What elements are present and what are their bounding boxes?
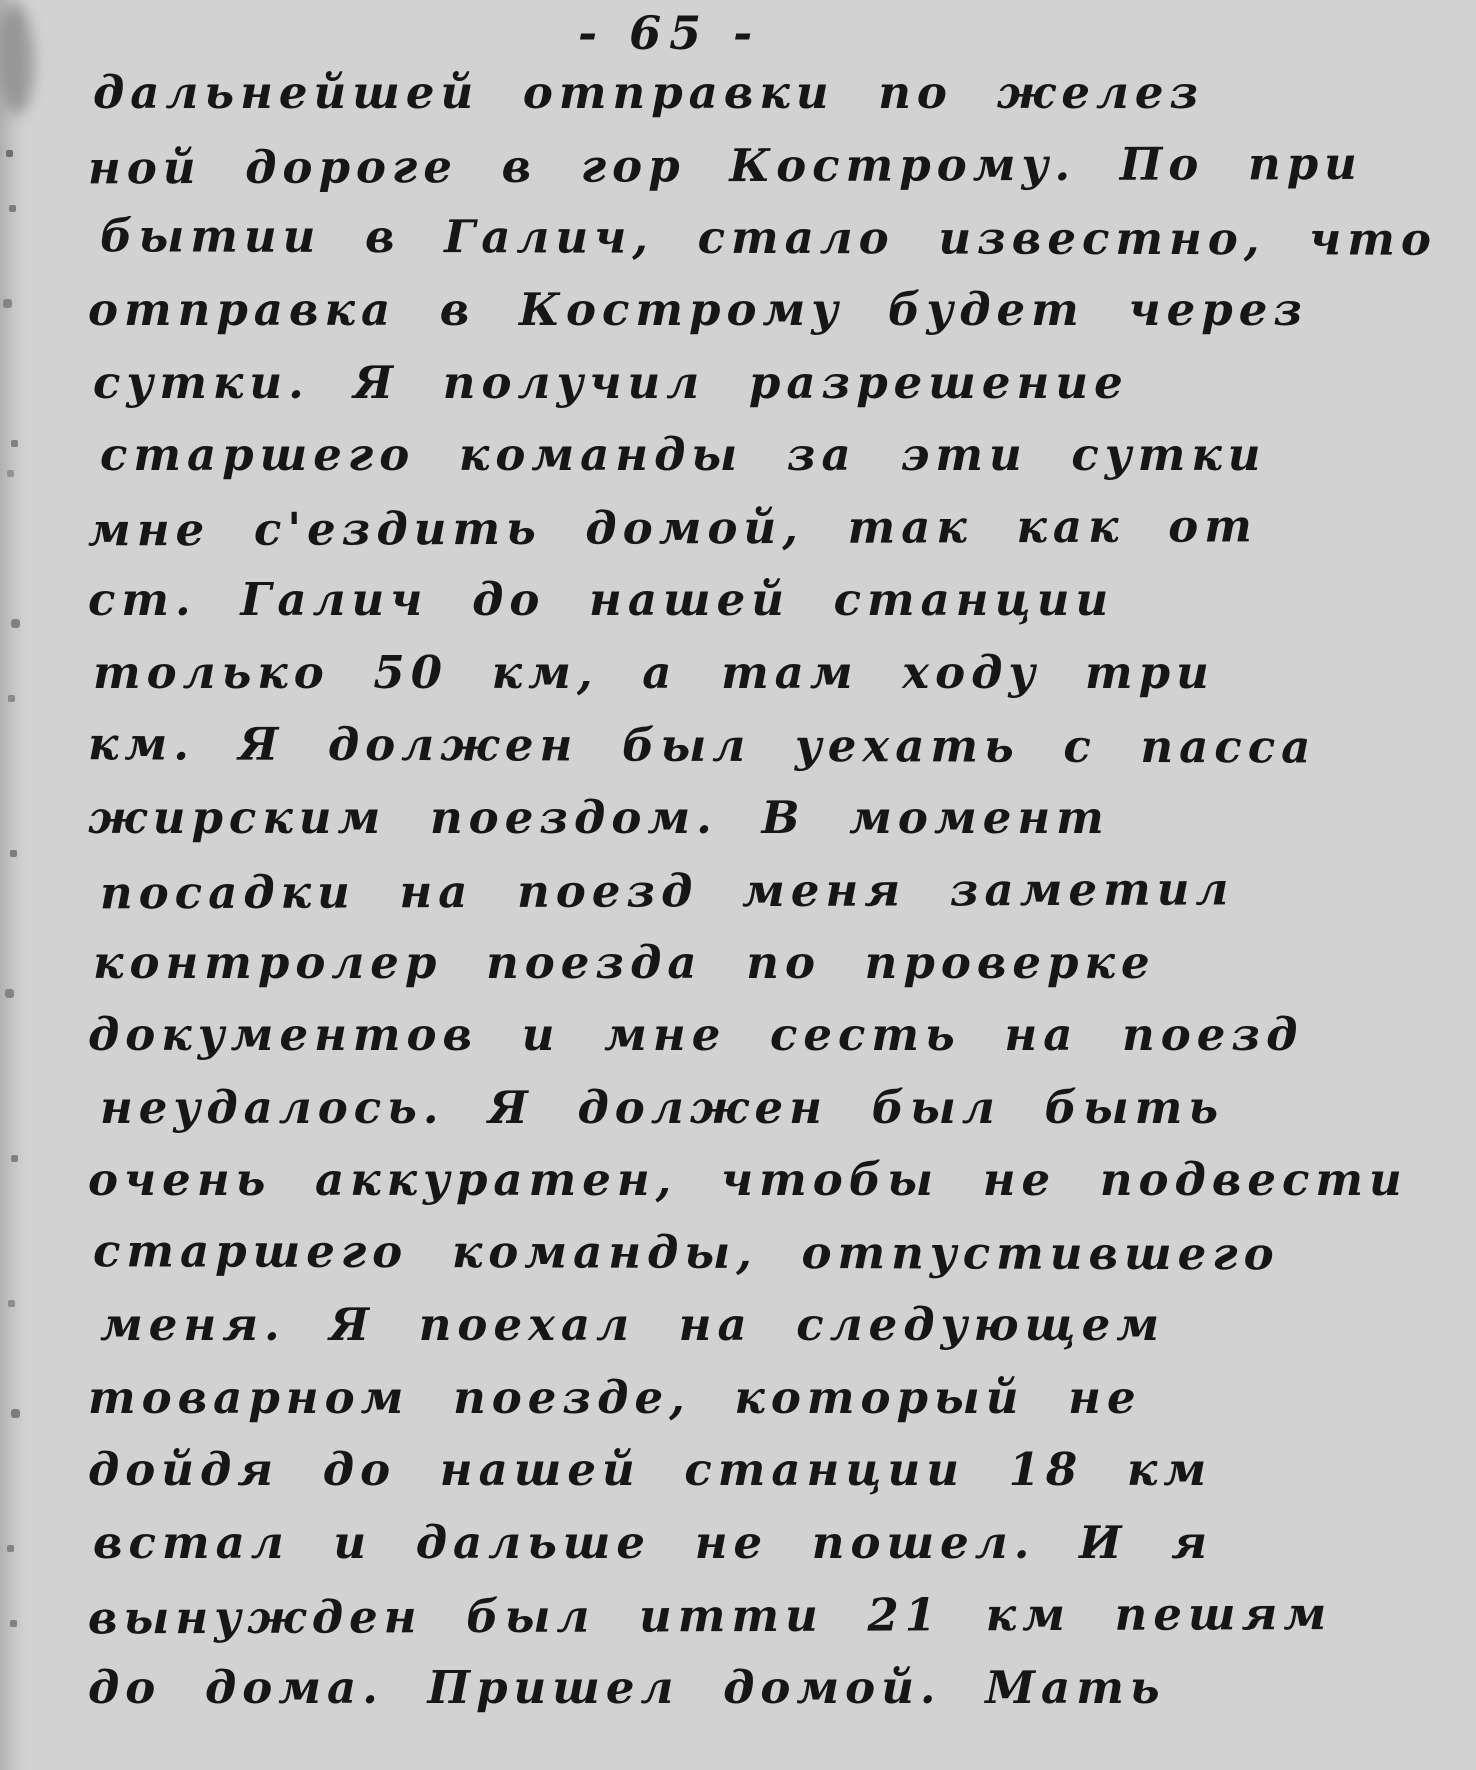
manuscript-page: - 65 - дальнейшей отправки по железной д… [0, 0, 1476, 1770]
handwritten-line: товарном поезде, который не [88, 1361, 1446, 1434]
handwritten-line: сутки. Я получил разрешение [88, 346, 1446, 419]
handwritten-line: мне с'ездить домой, так как от [88, 489, 1446, 566]
handwritten-line: до дома. Пришел домой. Мать [88, 1651, 1446, 1724]
scan-smudge-artifact [0, 4, 34, 114]
handwritten-text-block: дальнейшей отправки по железной дороге в… [88, 56, 1446, 1724]
handwritten-line: посадки на поезд меня заметил [88, 851, 1446, 928]
handwritten-line: км. Я должен был уехать с пасса [88, 707, 1446, 783]
handwritten-line: дойдя до нашей станции 18 км [88, 1434, 1446, 1507]
handwritten-line: старшего команды, отпустившего [88, 1214, 1446, 1290]
handwritten-line: встал и дальше не пошел. И я [88, 1506, 1446, 1579]
handwritten-line: ст. Галич до нашей станции [88, 564, 1446, 637]
handwritten-line: документов и мне сесть на поезд [88, 999, 1446, 1072]
handwritten-line: вынужден был итти 21 км пешям [88, 1576, 1446, 1653]
page-number: - 65 - [578, 6, 760, 60]
handwritten-line: меня. Я поехал на следующем [88, 1289, 1446, 1362]
handwritten-line: дальнейшей отправки по желез [88, 56, 1446, 129]
handwritten-line: очень аккуратен, чтобы не подвести [88, 1144, 1446, 1217]
handwritten-line: отправка в Кострому будет через [88, 274, 1446, 347]
handwritten-line: старшего команды за эти сутки [88, 419, 1446, 492]
handwritten-line: жирским поездом. В момент [88, 781, 1446, 854]
scan-edge-artifact [0, 0, 24, 1770]
handwritten-line: неудалось. Я должен был быть [88, 1071, 1446, 1144]
handwritten-line: ной дороге в гор Кострому. По при [88, 126, 1446, 203]
handwritten-line: только 50 км, а там ходу три [88, 636, 1446, 709]
scan-speckles-artifact [6, 150, 13, 157]
handwritten-line: бытии в Галич, стало известно, что [88, 199, 1446, 275]
handwritten-line: контролер поезда по проверке [88, 926, 1446, 999]
